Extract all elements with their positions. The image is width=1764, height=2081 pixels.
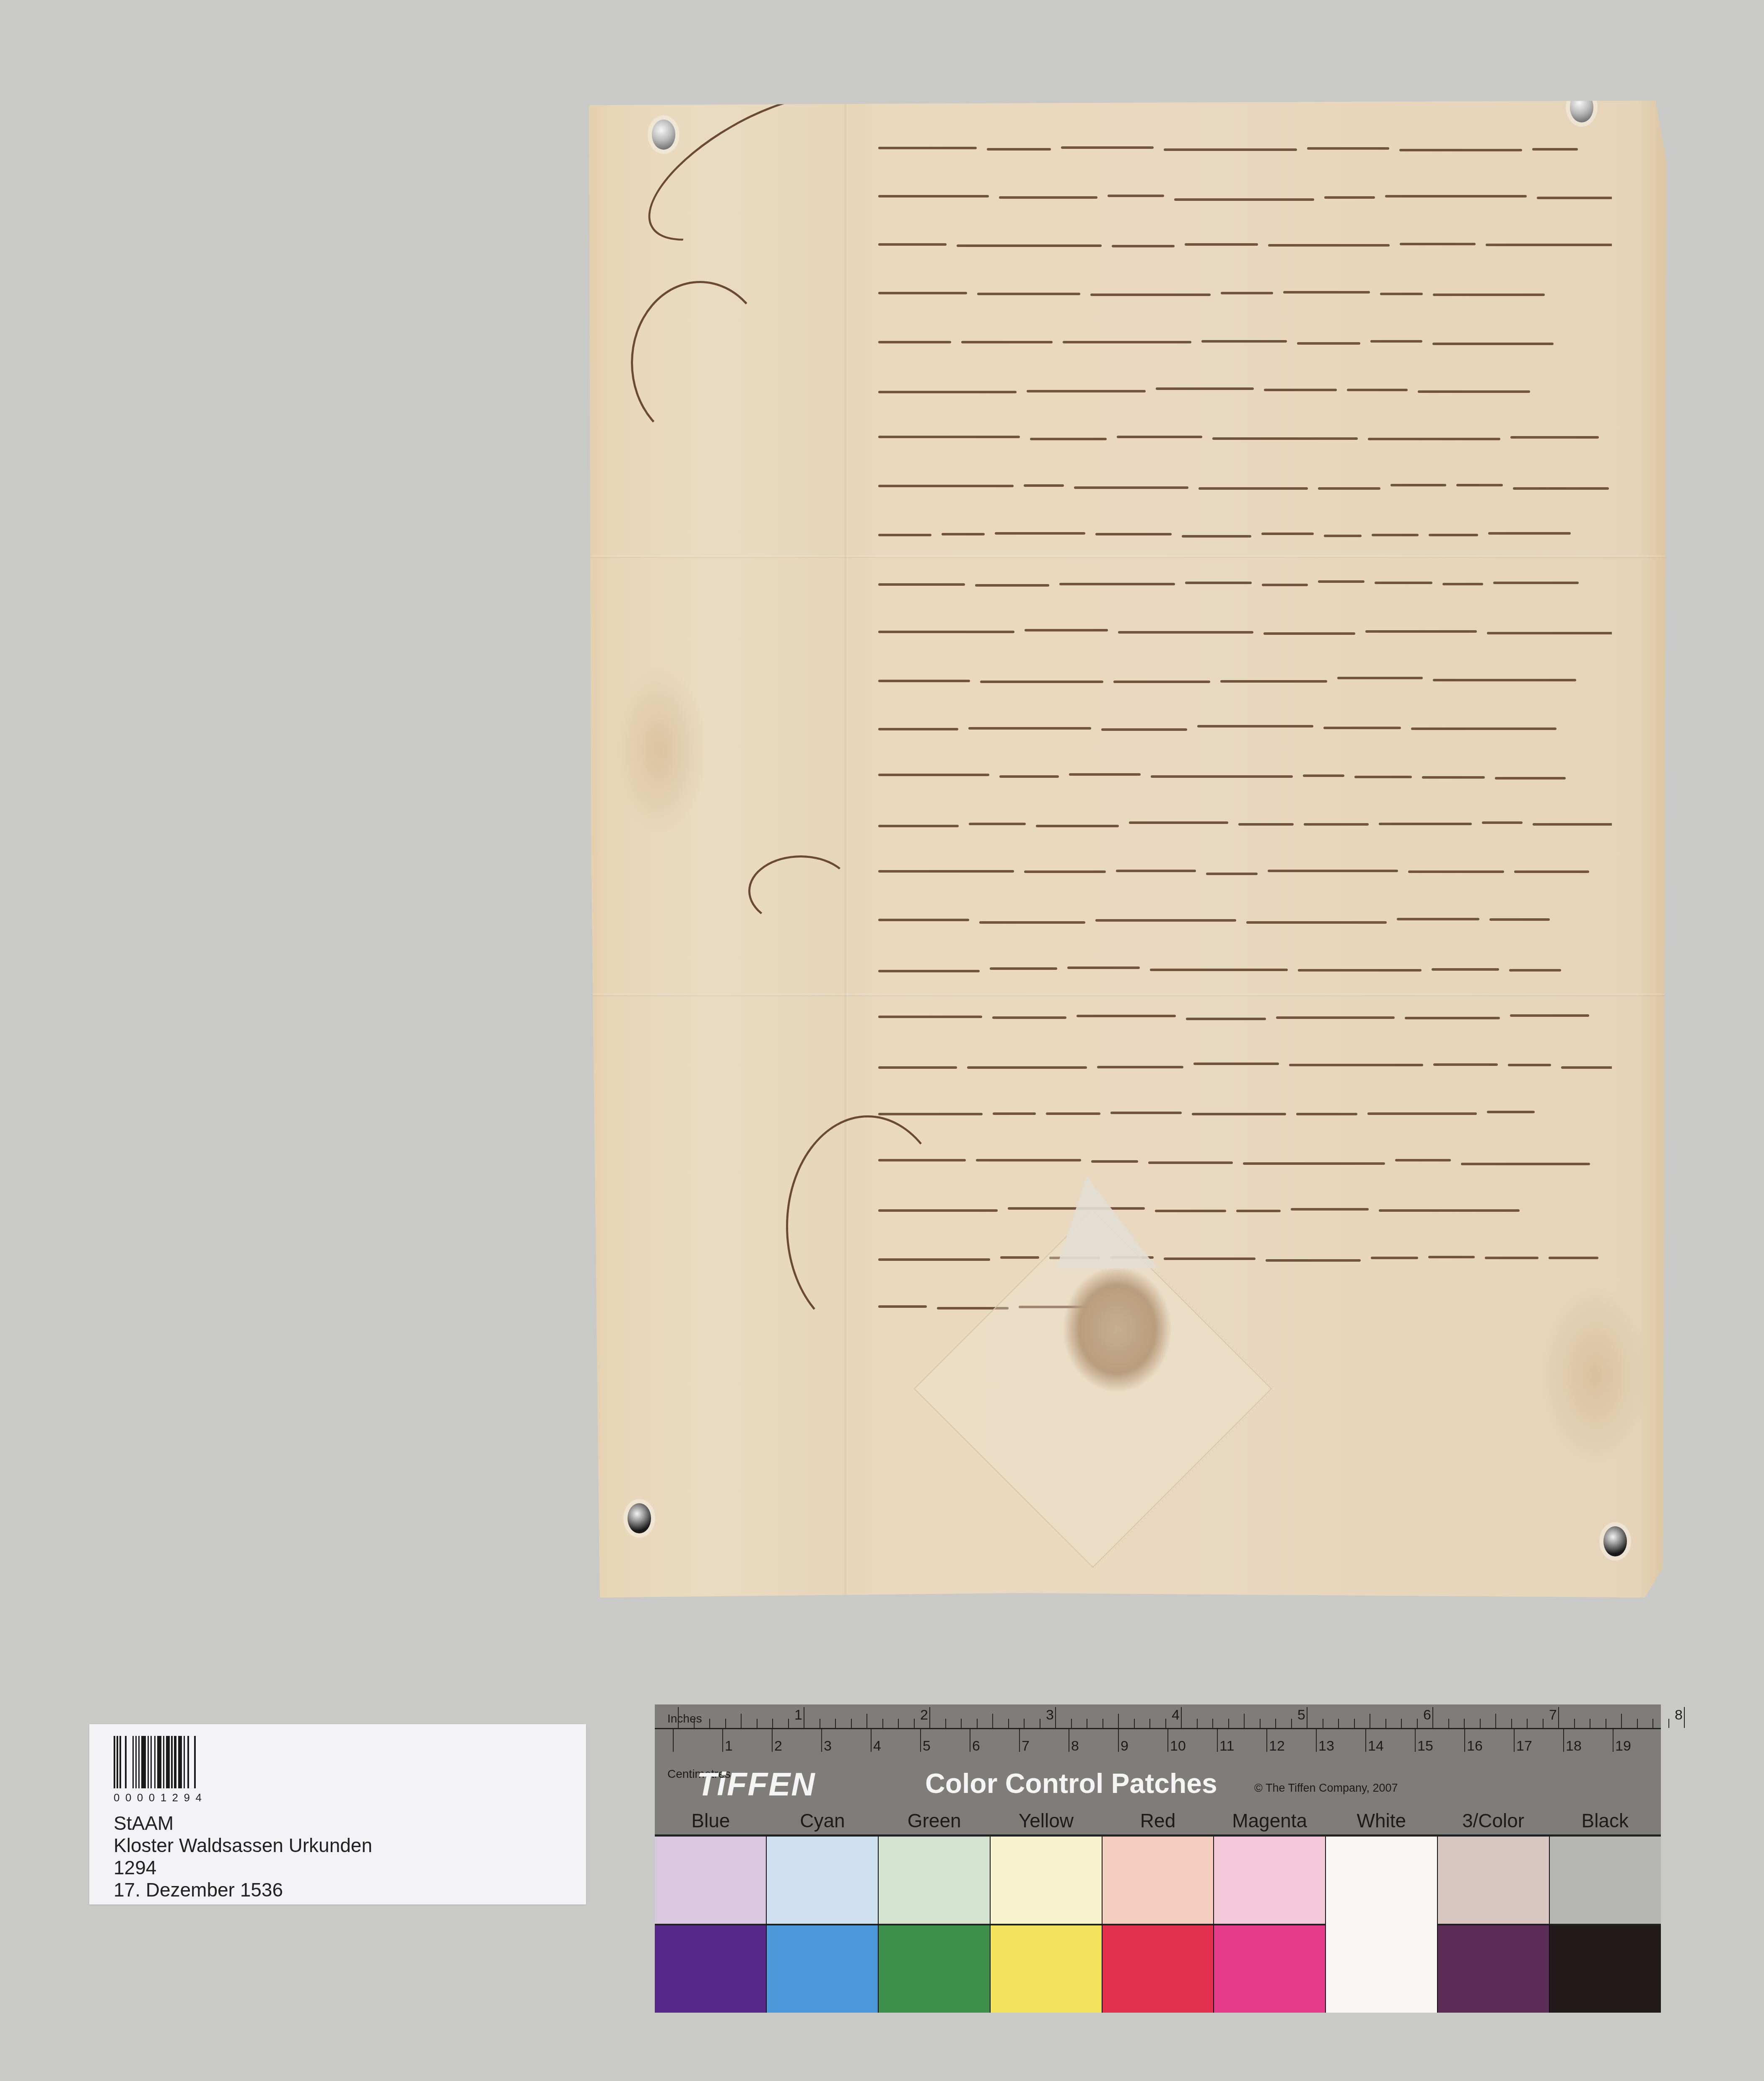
script-line — [878, 178, 1612, 226]
inch-tick — [1448, 1719, 1449, 1728]
handwritten-word — [1164, 148, 1297, 151]
inch-tick — [1260, 1719, 1261, 1728]
handwritten-word — [975, 584, 1049, 587]
light-swatch — [1102, 1837, 1214, 1924]
handwritten-word — [1433, 294, 1545, 296]
script-line — [878, 1191, 1612, 1239]
handwritten-word — [878, 919, 969, 921]
barcode-digit: 2 — [172, 1791, 178, 1804]
archive-name: StAAM — [114, 1812, 372, 1834]
collection-name: Kloster Waldsassen Urkunden — [114, 1834, 372, 1857]
cm-tick — [1514, 1729, 1515, 1752]
dark-swatch — [1326, 1925, 1437, 2013]
inch-tick — [1323, 1719, 1323, 1728]
inch-tick — [1102, 1719, 1103, 1728]
light-swatch — [879, 1837, 990, 1924]
handwritten-word — [1510, 436, 1599, 439]
stain — [614, 667, 706, 834]
handwritten-word — [878, 631, 1014, 633]
initial-flourish — [631, 281, 769, 444]
handwritten-word — [1411, 727, 1556, 730]
handwritten-word — [1289, 1064, 1423, 1066]
dark-swatch — [767, 1924, 878, 2013]
inch-tick — [1432, 1707, 1433, 1728]
document-number: 1294 — [114, 1857, 372, 1879]
cm-tick — [920, 1729, 921, 1752]
inch-tick — [772, 1719, 773, 1728]
inch-tick — [1606, 1719, 1606, 1728]
inch-number: 4 — [1172, 1707, 1180, 1723]
handwritten-word — [1318, 580, 1365, 583]
handwritten-word — [957, 244, 1102, 247]
patch-label-red: Red — [1102, 1809, 1214, 1834]
cm-number: 19 — [1615, 1738, 1631, 1754]
handwritten-word — [1405, 1017, 1500, 1019]
patch-label-green: Green — [878, 1809, 990, 1834]
script-line — [878, 853, 1612, 902]
handwritten-word — [1220, 680, 1327, 683]
patch-yellow — [990, 1837, 1102, 2013]
cm-number: 1 — [725, 1738, 733, 1754]
handwritten-word — [878, 825, 959, 827]
inch-tick — [1558, 1707, 1559, 1728]
handwritten-word — [1379, 1209, 1520, 1212]
handwritten-word — [1283, 291, 1370, 294]
handwritten-word — [878, 774, 989, 776]
handwritten-word — [993, 1112, 1036, 1115]
cm-tick — [821, 1729, 822, 1752]
handwritten-word — [1262, 584, 1308, 586]
handwritten-word — [1365, 630, 1477, 633]
patch-label-white: White — [1326, 1809, 1437, 1834]
handwritten-word — [1323, 727, 1401, 729]
manuscript-sheet — [589, 101, 1666, 1598]
handwritten-word — [1461, 1163, 1590, 1165]
handwritten-word — [1036, 825, 1119, 827]
inch-tick — [1087, 1719, 1087, 1728]
handwritten-word — [1118, 631, 1253, 634]
handwritten-word — [1422, 776, 1485, 779]
handwritten-word — [1385, 195, 1527, 197]
dark-swatch — [1214, 1924, 1325, 2013]
cm-tick — [1415, 1729, 1416, 1752]
handwritten-word — [1101, 728, 1187, 731]
inch-tick — [1008, 1719, 1009, 1728]
mounting-pin — [628, 1503, 651, 1533]
patch-label-yellow: Yellow — [990, 1809, 1102, 1834]
inch-tick — [1370, 1714, 1370, 1728]
inch-tick — [1212, 1719, 1213, 1728]
handwritten-word — [878, 436, 1020, 438]
inch-tick — [725, 1719, 726, 1728]
handwritten-word — [878, 1066, 957, 1069]
handwritten-word — [969, 823, 1026, 825]
handwritten-word — [1067, 966, 1140, 969]
handwritten-word — [1347, 389, 1408, 391]
handwritten-word — [1337, 677, 1423, 679]
handwritten-word — [1000, 1256, 1039, 1259]
patch-green — [878, 1837, 990, 2013]
handwritten-word — [878, 292, 967, 294]
cm-tick — [970, 1729, 970, 1752]
inch-tick — [1495, 1714, 1496, 1728]
handwritten-word — [1243, 1162, 1385, 1165]
handwritten-word — [1408, 870, 1504, 873]
patch-cyan — [766, 1837, 878, 2013]
script-line — [878, 468, 1612, 516]
color-control-card: Inches Centimetres 123456781234567891011… — [655, 1704, 1661, 2011]
inch-tick — [1684, 1707, 1685, 1728]
cm-number: 14 — [1368, 1738, 1384, 1754]
inch-tick — [977, 1719, 978, 1728]
handwritten-word — [878, 341, 951, 343]
handwritten-word — [1324, 196, 1375, 199]
inch-tick — [914, 1719, 915, 1728]
mounting-pin — [652, 120, 675, 150]
inch-tick — [835, 1719, 836, 1728]
inch-tick — [1385, 1719, 1386, 1728]
inch-tick — [1071, 1719, 1072, 1728]
handwritten-word — [1418, 390, 1530, 393]
cm-number: 17 — [1516, 1738, 1532, 1754]
mounting-pin — [1603, 1526, 1627, 1556]
script-line — [878, 660, 1612, 709]
inches-label: Inches — [667, 1712, 702, 1725]
copyright-text: © The Tiffen Company, 2007 — [1254, 1782, 1398, 1795]
handwritten-word — [1432, 343, 1554, 345]
handwritten-word — [878, 243, 947, 246]
handwritten-word — [976, 1159, 1081, 1161]
handwritten-word — [1493, 582, 1579, 584]
script-line — [878, 805, 1612, 853]
handwritten-word — [1264, 389, 1337, 391]
patch-black — [1549, 1837, 1661, 2013]
handwritten-word — [1266, 1259, 1361, 1262]
handwritten-word — [1074, 486, 1188, 489]
color-patches — [655, 1834, 1661, 2013]
cm-tick — [722, 1729, 723, 1752]
inch-tick — [1055, 1707, 1056, 1728]
inch-number: 8 — [1675, 1707, 1683, 1723]
inch-tick — [1527, 1719, 1528, 1728]
handwritten-word — [1113, 681, 1210, 683]
handwritten-word — [1174, 198, 1314, 201]
inch-tick — [1668, 1719, 1669, 1728]
wax-seal — [1063, 1266, 1172, 1392]
inch-tick — [741, 1714, 742, 1728]
handwritten-word — [1148, 1161, 1233, 1164]
handwritten-word — [878, 534, 931, 536]
handwritten-word — [1059, 583, 1175, 585]
handwritten-word — [1238, 823, 1294, 826]
handwritten-word — [1221, 292, 1273, 294]
inch-tick — [1024, 1719, 1025, 1728]
dark-swatch — [1102, 1924, 1214, 2013]
inch-tick — [1275, 1719, 1276, 1728]
light-swatch — [1326, 1837, 1437, 1925]
cm-tick — [1019, 1729, 1020, 1752]
handwritten-word — [1485, 1257, 1538, 1259]
handwritten-word — [1164, 1257, 1256, 1260]
script-line — [878, 564, 1612, 612]
inch-tick — [694, 1719, 695, 1728]
handwritten-word — [878, 391, 1017, 393]
inch-tick — [1543, 1719, 1543, 1728]
inch-tick — [1165, 1719, 1166, 1728]
barcode-digit: 0 — [114, 1791, 119, 1804]
handwritten-word — [878, 1159, 966, 1161]
handwritten-word — [1399, 149, 1522, 151]
inch-tick — [1354, 1719, 1355, 1728]
handwritten-word — [980, 681, 1103, 683]
cm-tick — [1217, 1729, 1218, 1752]
cm-tick — [772, 1729, 773, 1752]
handwritten-word — [979, 921, 1085, 924]
inch-tick — [1590, 1719, 1590, 1728]
light-swatch — [1550, 1837, 1661, 1924]
handwritten-word — [1428, 1256, 1475, 1258]
handwritten-word — [1307, 147, 1389, 150]
barcode-digit: 1 — [161, 1791, 166, 1804]
light-swatch — [1438, 1837, 1549, 1924]
dark-swatch — [1438, 1924, 1549, 2013]
handwritten-word — [878, 728, 958, 730]
handwritten-word — [1456, 484, 1503, 486]
inch-tick — [1511, 1719, 1512, 1728]
inch-tick — [929, 1707, 930, 1728]
handwritten-word — [1513, 487, 1609, 490]
cm-number: 18 — [1566, 1738, 1582, 1754]
inch-tick — [1401, 1719, 1402, 1728]
handwritten-word — [1197, 725, 1313, 727]
inch-tick — [709, 1719, 710, 1728]
handwritten-word — [1151, 775, 1293, 778]
script-line — [878, 998, 1612, 1046]
handwritten-word — [1186, 1018, 1266, 1020]
handwritten-word — [878, 970, 980, 972]
patch-label-black: Black — [1549, 1809, 1661, 1834]
script-line — [878, 612, 1612, 660]
handwritten-word — [1108, 195, 1164, 197]
inch-tick — [1464, 1719, 1465, 1728]
handwritten-word — [1370, 340, 1422, 343]
barcode-digit: 4 — [195, 1791, 201, 1804]
script-line — [878, 1143, 1612, 1191]
handwritten-word — [968, 727, 1091, 730]
handwritten-word — [1429, 534, 1478, 536]
handwritten-word — [1063, 341, 1191, 343]
script-line — [878, 950, 1612, 998]
tiffen-logo: TiFFEN — [697, 1765, 816, 1803]
handwritten-word — [1061, 146, 1154, 149]
patch-label-3-color: 3/Color — [1437, 1809, 1549, 1834]
handwritten-word — [1432, 968, 1499, 971]
script-line — [878, 226, 1612, 275]
script-line — [878, 371, 1612, 419]
handwritten-word — [878, 1209, 998, 1212]
handwritten-word — [1375, 582, 1432, 584]
handwritten-word — [1182, 535, 1251, 538]
script-line — [878, 275, 1612, 323]
handwritten-word — [1433, 679, 1576, 681]
inch-tick — [866, 1714, 867, 1728]
dark-swatch — [879, 1924, 990, 2013]
handwritten-word — [1486, 244, 1612, 246]
handwritten-word — [878, 1113, 983, 1115]
cm-tick — [1118, 1729, 1119, 1752]
cm-number: 4 — [873, 1738, 881, 1754]
handwritten-word — [1155, 1210, 1226, 1212]
handwritten-word — [878, 195, 989, 197]
handwritten-word — [1091, 1160, 1138, 1163]
handwritten-word — [1537, 197, 1612, 199]
patch-white — [1325, 1837, 1437, 2013]
inch-number: 7 — [1549, 1707, 1557, 1723]
card-title: Color Control Patches — [925, 1767, 1217, 1799]
handwritten-word — [1110, 1112, 1182, 1114]
handwritten-word — [1046, 1112, 1100, 1115]
handwritten-word — [1296, 1113, 1357, 1115]
handwritten-word — [1561, 1066, 1612, 1069]
cm-tick — [1266, 1729, 1267, 1752]
inch-number: 1 — [794, 1707, 802, 1723]
inch-number: 3 — [1046, 1707, 1054, 1723]
handwritten-word — [1318, 487, 1380, 490]
cm-tick — [1069, 1729, 1069, 1752]
inch-tick — [992, 1714, 993, 1728]
handwritten-word — [1156, 387, 1254, 390]
inch-tick — [1040, 1719, 1040, 1728]
script-line — [878, 902, 1612, 950]
inch-tick — [678, 1707, 679, 1728]
handwritten-word — [878, 680, 970, 682]
inch-tick — [851, 1719, 852, 1728]
script-line — [878, 1094, 1612, 1143]
handwritten-word — [995, 532, 1085, 535]
handwritten-word — [1487, 1111, 1535, 1113]
inch-tick — [1228, 1719, 1229, 1728]
handwritten-word — [1185, 243, 1258, 246]
patch-label-blue: Blue — [655, 1809, 767, 1834]
cm-tick — [1365, 1729, 1366, 1752]
cm-tick — [1316, 1729, 1317, 1752]
inch-tick — [961, 1719, 962, 1728]
document-date: 17. Dezember 1536 — [114, 1879, 372, 1901]
handwritten-word — [1390, 484, 1446, 486]
cm-number: 9 — [1121, 1738, 1128, 1754]
handwritten-word — [1549, 1257, 1598, 1259]
handwritten-word — [1193, 1063, 1279, 1065]
handwritten-word — [1372, 534, 1419, 536]
inch-tick — [1291, 1719, 1292, 1728]
inch-tick — [1480, 1719, 1481, 1728]
mounting-pin — [1570, 92, 1593, 122]
handwritten-word — [1532, 148, 1578, 151]
handwritten-word — [878, 1016, 982, 1018]
handwritten-word — [1201, 340, 1287, 343]
inch-tick — [1244, 1714, 1245, 1728]
handwritten-word — [1261, 533, 1314, 535]
script-line — [878, 1046, 1612, 1094]
handwritten-word — [1090, 294, 1211, 296]
handwritten-word — [1116, 870, 1196, 872]
handwritten-word — [1395, 1159, 1451, 1161]
inch-tick — [1134, 1719, 1135, 1728]
handwritten-word — [878, 1258, 990, 1261]
handwritten-word — [1482, 821, 1523, 824]
cm-number: 2 — [774, 1738, 782, 1754]
inch-tick — [757, 1719, 757, 1728]
handwritten-word — [1276, 1016, 1395, 1019]
ruler-line — [655, 1728, 1661, 1729]
script-line — [878, 419, 1612, 468]
handwritten-word — [1442, 583, 1483, 585]
cm-tick — [1613, 1729, 1614, 1752]
script-line — [878, 1239, 1612, 1287]
cm-number: 8 — [1071, 1738, 1079, 1754]
cm-tick — [1563, 1729, 1564, 1752]
patch-red — [1102, 1837, 1214, 2013]
cm-number: 10 — [1170, 1738, 1186, 1754]
handwritten-word — [1212, 437, 1358, 440]
handwritten-word — [1510, 1014, 1589, 1017]
handwritten-word — [1380, 293, 1423, 295]
dark-swatch — [1550, 1924, 1661, 2013]
light-swatch — [767, 1837, 878, 1924]
inch-tick — [1652, 1719, 1653, 1728]
handwritten-word — [1185, 582, 1252, 584]
cm-tick — [1464, 1729, 1465, 1752]
handwritten-word — [1192, 1113, 1286, 1115]
handwritten-word — [1354, 776, 1412, 778]
handwritten-word — [1236, 1210, 1281, 1212]
inch-tick — [898, 1719, 899, 1728]
handwritten-word — [1030, 438, 1107, 440]
barcode-digit: 0 — [137, 1791, 143, 1804]
archive-label: 00001294 StAAM Kloster Waldsassen Urkund… — [89, 1724, 586, 1904]
script-line — [878, 516, 1612, 564]
cm-tick — [871, 1729, 872, 1752]
handwritten-word — [1095, 533, 1172, 535]
handwritten-word — [1112, 245, 1175, 247]
inch-tick — [788, 1719, 789, 1728]
inch-number: 5 — [1297, 1707, 1305, 1723]
cm-tick — [1167, 1729, 1168, 1752]
handwritten-word — [1198, 487, 1308, 490]
cm-number: 5 — [923, 1738, 931, 1754]
handwritten-word — [1298, 969, 1422, 972]
inch-tick — [1149, 1719, 1150, 1728]
handwritten-word — [1263, 632, 1355, 635]
initial-flourish — [627, 66, 882, 269]
inch-tick — [945, 1719, 946, 1728]
inch-number: 2 — [920, 1707, 928, 1723]
dark-swatch — [655, 1924, 766, 2013]
handwritten-word — [1379, 823, 1472, 825]
inch-tick — [1338, 1719, 1339, 1728]
handwritten-word — [1246, 921, 1387, 924]
patch-label-magenta: Magenta — [1214, 1809, 1326, 1834]
patch-3-color — [1437, 1837, 1549, 2013]
inch-tick — [1417, 1719, 1418, 1728]
barcode-number: 00001294 — [114, 1791, 202, 1804]
handwritten-text — [878, 130, 1612, 1335]
handwritten-word — [878, 870, 1014, 873]
handwritten-word — [992, 1016, 1066, 1019]
barcode-digit: 0 — [125, 1791, 131, 1804]
cm-number: 11 — [1219, 1738, 1234, 1754]
handwritten-word — [1488, 532, 1571, 535]
